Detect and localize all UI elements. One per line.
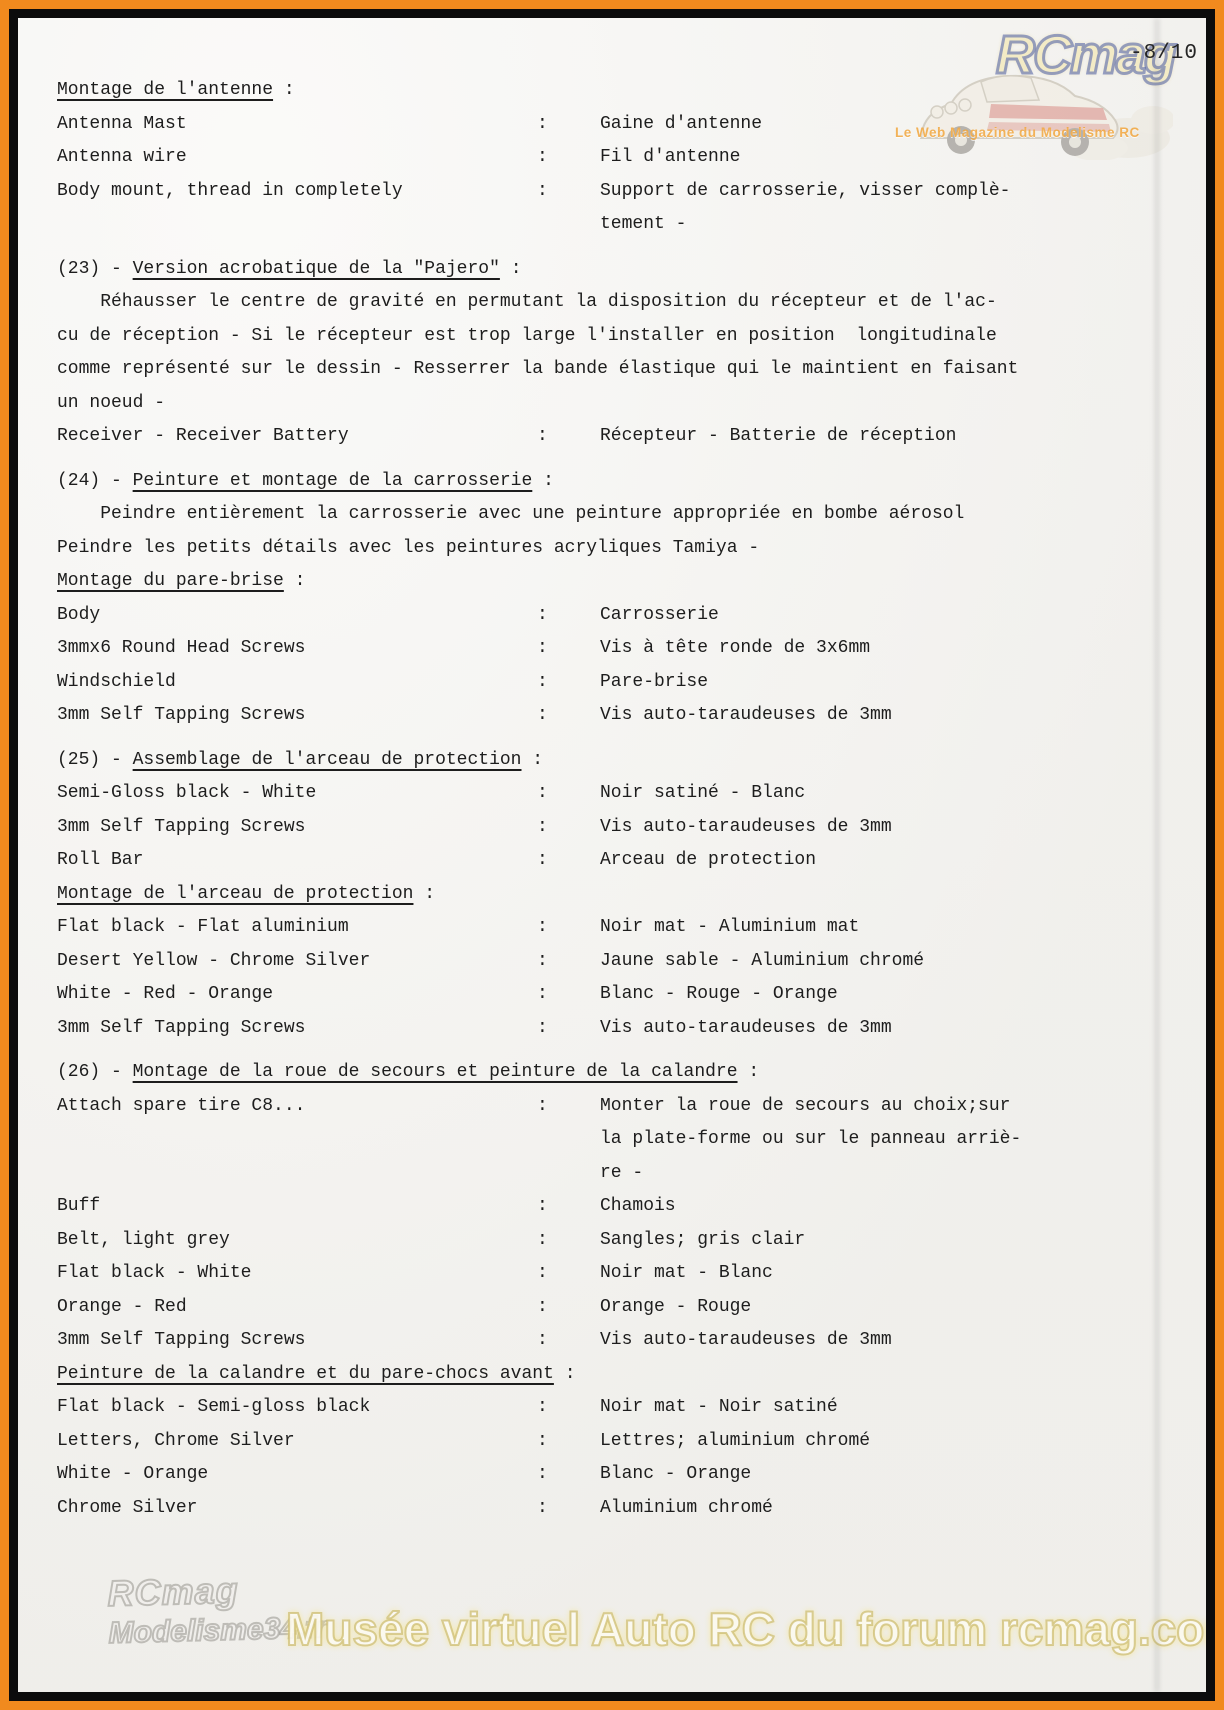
term-row: Belt, light grey:Sangles; gris clair <box>57 1224 1186 1258</box>
term-english: White - Red - Orange <box>57 978 537 1012</box>
term-english: Desert Yellow - Chrome Silver <box>57 945 537 979</box>
term-english: 3mm Self Tapping Screws <box>57 811 537 845</box>
term-row: Body:Carrosserie <box>57 599 1186 633</box>
colon-separator: : <box>537 1224 600 1258</box>
section-heading: (24) - Peinture et montage de la carross… <box>57 465 1186 499</box>
colon-separator: : <box>537 141 600 175</box>
term-english: Flat black - Semi-gloss black <box>57 1391 537 1425</box>
section-number: (26) - <box>57 1062 133 1082</box>
term-french-line: Vis auto-taraudeuses de 3mm <box>600 811 1186 845</box>
colon-separator: : <box>537 945 600 979</box>
term-french-line: tement - <box>600 208 1186 242</box>
colon-separator: : <box>537 1190 600 1224</box>
heading-text: Montage de l'arceau de protection <box>57 884 413 904</box>
term-french-line: Noir mat - Aluminium mat <box>600 911 1186 945</box>
rcmag-corner-watermark: RCmag Modelisme34.fr <box>107 1567 327 1651</box>
heading-colon: : <box>532 471 554 491</box>
term-french: Aluminium chromé <box>600 1492 1186 1526</box>
colon-separator: : <box>537 911 600 945</box>
term-english: 3mmx6 Round Head Screws <box>57 632 537 666</box>
term-french-line: Monter la roue de secours au choix;sur <box>600 1090 1186 1124</box>
term-french-line: Aluminium chromé <box>600 1492 1186 1526</box>
term-french: Pare-brise <box>600 666 1186 700</box>
section-number: (23) - <box>57 259 133 279</box>
term-french: Support de carrosserie, visser complè-te… <box>600 175 1186 242</box>
heading-text: Montage de l'antenne <box>57 80 273 100</box>
paragraph-line: cu de réception - Si le récepteur est tr… <box>57 320 1186 354</box>
heading-colon: : <box>554 1364 576 1384</box>
heading-colon: : <box>413 884 435 904</box>
term-french: Sangles; gris clair <box>600 1224 1186 1258</box>
colon-separator: : <box>537 1257 600 1291</box>
term-row: Body mount, thread in completely:Support… <box>57 175 1186 242</box>
term-english: Windschield <box>57 666 537 700</box>
term-french-line: Noir mat - Blanc <box>600 1257 1186 1291</box>
colon-separator: : <box>537 1324 600 1358</box>
term-row: Flat black - Flat aluminium:Noir mat - A… <box>57 911 1186 945</box>
term-french-line: Gaine d'antenne <box>600 108 1186 142</box>
term-english: Roll Bar <box>57 844 537 878</box>
term-english: Flat black - White <box>57 1257 537 1291</box>
paragraph-line: un noeud - <box>57 387 1186 421</box>
colon-separator: : <box>537 1012 600 1046</box>
term-french: Blanc - Orange <box>600 1458 1186 1492</box>
colon-separator: : <box>537 777 600 811</box>
term-row: Receiver - Receiver Battery:Récepteur - … <box>57 420 1186 454</box>
term-english: Body mount, thread in completely <box>57 175 537 209</box>
term-french: Blanc - Rouge - Orange <box>600 978 1186 1012</box>
paragraph-line: Peindre les petits détails avec les pein… <box>57 532 1186 566</box>
paragraph-line: Réhausser le centre de gravité en permut… <box>57 286 1186 320</box>
term-french-line: Récepteur - Batterie de réception <box>600 420 1186 454</box>
section-heading: (23) - Version acrobatique de la "Pajero… <box>57 253 1186 287</box>
term-english: 3mm Self Tapping Screws <box>57 1012 537 1046</box>
term-french-line: Chamois <box>600 1190 1186 1224</box>
term-row: Antenna Mast:Gaine d'antenne <box>57 108 1186 142</box>
term-french-line: Arceau de protection <box>600 844 1186 878</box>
colon-separator: : <box>537 844 600 878</box>
subsection-heading: Montage de l'antenne : <box>57 74 1186 108</box>
heading-text: Peinture et montage de la carrosserie <box>133 471 533 491</box>
scanned-manual-page: { "page": { "number": "-8/10", "border_o… <box>0 0 1224 1710</box>
colon-separator: : <box>537 666 600 700</box>
term-english: Receiver - Receiver Battery <box>57 420 537 454</box>
paragraph-line: Peindre entièrement la carrosserie avec … <box>57 498 1186 532</box>
term-english: Belt, light grey <box>57 1224 537 1258</box>
heading-colon: : <box>500 259 522 279</box>
term-row: Attach spare tire C8...:Monter la roue d… <box>57 1090 1186 1191</box>
term-english: Chrome Silver <box>57 1492 537 1526</box>
section-number: (24) - <box>57 471 133 491</box>
term-french: Vis auto-taraudeuses de 3mm <box>600 1012 1186 1046</box>
term-french-line: Noir satiné - Blanc <box>600 777 1186 811</box>
term-english: Antenna wire <box>57 141 537 175</box>
term-row: 3mm Self Tapping Screws:Vis auto-taraude… <box>57 1012 1186 1046</box>
heading-colon: : <box>522 750 544 770</box>
term-french: Orange - Rouge <box>600 1291 1186 1325</box>
colon-separator: : <box>537 1391 600 1425</box>
term-row: 3mm Self Tapping Screws:Vis auto-taraude… <box>57 1324 1186 1358</box>
term-french: Vis auto-taraudeuses de 3mm <box>600 811 1186 845</box>
watermark-brand: RCmag <box>107 1567 326 1615</box>
heading-text: Montage de la roue de secours et peintur… <box>133 1062 738 1082</box>
term-french-line: Vis à tête ronde de 3x6mm <box>600 632 1186 666</box>
heading-colon: : <box>284 571 306 591</box>
term-row: Antenna wire:Fil d'antenne <box>57 141 1186 175</box>
colon-separator: : <box>537 108 600 142</box>
heading-text: Montage du pare-brise <box>57 571 284 591</box>
term-english: Antenna Mast <box>57 108 537 142</box>
colon-separator: : <box>537 1492 600 1526</box>
term-row: Chrome Silver:Aluminium chromé <box>57 1492 1186 1526</box>
term-row: 3mm Self Tapping Screws:Vis auto-taraude… <box>57 699 1186 733</box>
term-french-line: Fil d'antenne <box>600 141 1186 175</box>
paper-page: RCmag Le Web Magazine du Modelisme RC -8… <box>18 18 1206 1692</box>
term-row: White - Red - Orange:Blanc - Rouge - Ora… <box>57 978 1186 1012</box>
page-number: -8/10 <box>1130 42 1198 65</box>
term-french: Récepteur - Batterie de réception <box>600 420 1186 454</box>
colon-separator: : <box>537 978 600 1012</box>
term-french-line: Support de carrosserie, visser complè- <box>600 175 1186 209</box>
colon-separator: : <box>537 632 600 666</box>
term-english: 3mm Self Tapping Screws <box>57 699 537 733</box>
term-french-line: la plate-forme ou sur le panneau arriè- <box>600 1123 1186 1157</box>
term-french: Gaine d'antenne <box>600 108 1186 142</box>
heading-colon: : <box>738 1062 760 1082</box>
museum-watermark: Musée virtuel Auto RC du forum rcmag.com <box>286 1602 1206 1656</box>
subsection-heading: Peinture de la calandre et du pare-chocs… <box>57 1358 1186 1392</box>
term-french: Chamois <box>600 1190 1186 1224</box>
term-row: 3mmx6 Round Head Screws:Vis à tête ronde… <box>57 632 1186 666</box>
term-french-line: Vis auto-taraudeuses de 3mm <box>600 699 1186 733</box>
term-english: White - Orange <box>57 1458 537 1492</box>
term-french-line: Blanc - Rouge - Orange <box>600 978 1186 1012</box>
term-french: Noir satiné - Blanc <box>600 777 1186 811</box>
term-french-line: Orange - Rouge <box>600 1291 1186 1325</box>
term-row: Flat black - Semi-gloss black:Noir mat -… <box>57 1391 1186 1425</box>
term-english: Semi-Gloss black - White <box>57 777 537 811</box>
subsection-heading: Montage du pare-brise : <box>57 565 1186 599</box>
term-french-line: Jaune sable - Aluminium chromé <box>600 945 1186 979</box>
section-heading: (26) - Montage de la roue de secours et … <box>57 1056 1186 1090</box>
colon-separator: : <box>537 175 600 209</box>
subsection-heading: Montage de l'arceau de protection : <box>57 878 1186 912</box>
colon-separator: : <box>537 699 600 733</box>
term-row: Buff:Chamois <box>57 1190 1186 1224</box>
term-french-line: Lettres; aluminium chromé <box>600 1425 1186 1459</box>
term-row: 3mm Self Tapping Screws:Vis auto-taraude… <box>57 811 1186 845</box>
term-row: Windschield:Pare-brise <box>57 666 1186 700</box>
term-row: Desert Yellow - Chrome Silver:Jaune sabl… <box>57 945 1186 979</box>
colon-separator: : <box>537 1090 600 1124</box>
colon-separator: : <box>537 1425 600 1459</box>
term-french-line: Vis auto-taraudeuses de 3mm <box>600 1012 1186 1046</box>
colon-separator: : <box>537 1291 600 1325</box>
term-french: Vis auto-taraudeuses de 3mm <box>600 1324 1186 1358</box>
term-english: 3mm Self Tapping Screws <box>57 1324 537 1358</box>
term-french-line: Sangles; gris clair <box>600 1224 1186 1258</box>
term-french: Vis auto-taraudeuses de 3mm <box>600 699 1186 733</box>
term-french-line: Carrosserie <box>600 599 1186 633</box>
document-content: Montage de l'antenne :Antenna Mast:Gaine… <box>57 74 1186 1525</box>
scan-shadow-artifact <box>1154 18 1160 1692</box>
colon-separator: : <box>537 420 600 454</box>
heading-text: Peinture de la calandre et du pare-chocs… <box>57 1364 554 1384</box>
term-french: Vis à tête ronde de 3x6mm <box>600 632 1186 666</box>
term-english: Attach spare tire C8... <box>57 1090 537 1124</box>
term-french: Carrosserie <box>600 599 1186 633</box>
heading-text: Assemblage de l'arceau de protection <box>133 750 522 770</box>
term-english: Body <box>57 599 537 633</box>
term-french-line: re - <box>600 1157 1186 1191</box>
term-english: Flat black - Flat aluminium <box>57 911 537 945</box>
term-row: Orange - Red:Orange - Rouge <box>57 1291 1186 1325</box>
term-french: Lettres; aluminium chromé <box>600 1425 1186 1459</box>
heading-colon: : <box>273 80 295 100</box>
paragraph-line: comme représenté sur le dessin - Resserr… <box>57 353 1186 387</box>
term-french-line: Noir mat - Noir satiné <box>600 1391 1186 1425</box>
term-english: Buff <box>57 1190 537 1224</box>
term-french: Noir mat - Blanc <box>600 1257 1186 1291</box>
term-row: Letters, Chrome Silver:Lettres; aluminiu… <box>57 1425 1186 1459</box>
section-number: (25) - <box>57 750 133 770</box>
colon-separator: : <box>537 599 600 633</box>
term-french-line: Pare-brise <box>600 666 1186 700</box>
term-row: Roll Bar:Arceau de protection <box>57 844 1186 878</box>
term-french-line: Blanc - Orange <box>600 1458 1186 1492</box>
term-row: White - Orange:Blanc - Orange <box>57 1458 1186 1492</box>
term-row: Flat black - White:Noir mat - Blanc <box>57 1257 1186 1291</box>
colon-separator: : <box>537 1458 600 1492</box>
term-english: Orange - Red <box>57 1291 537 1325</box>
section-heading: (25) - Assemblage de l'arceau de protect… <box>57 744 1186 778</box>
term-french: Fil d'antenne <box>600 141 1186 175</box>
term-french: Noir mat - Noir satiné <box>600 1391 1186 1425</box>
term-row: Semi-Gloss black - White:Noir satiné - B… <box>57 777 1186 811</box>
colon-separator: : <box>537 811 600 845</box>
term-french: Jaune sable - Aluminium chromé <box>600 945 1186 979</box>
term-french: Monter la roue de secours au choix;surla… <box>600 1090 1186 1191</box>
term-english: Letters, Chrome Silver <box>57 1425 537 1459</box>
heading-text: Version acrobatique de la "Pajero" <box>133 259 500 279</box>
term-french: Noir mat - Aluminium mat <box>600 911 1186 945</box>
term-french-line: Vis auto-taraudeuses de 3mm <box>600 1324 1186 1358</box>
term-french: Arceau de protection <box>600 844 1186 878</box>
watermark-site: Modelisme34.fr <box>108 1611 327 1651</box>
